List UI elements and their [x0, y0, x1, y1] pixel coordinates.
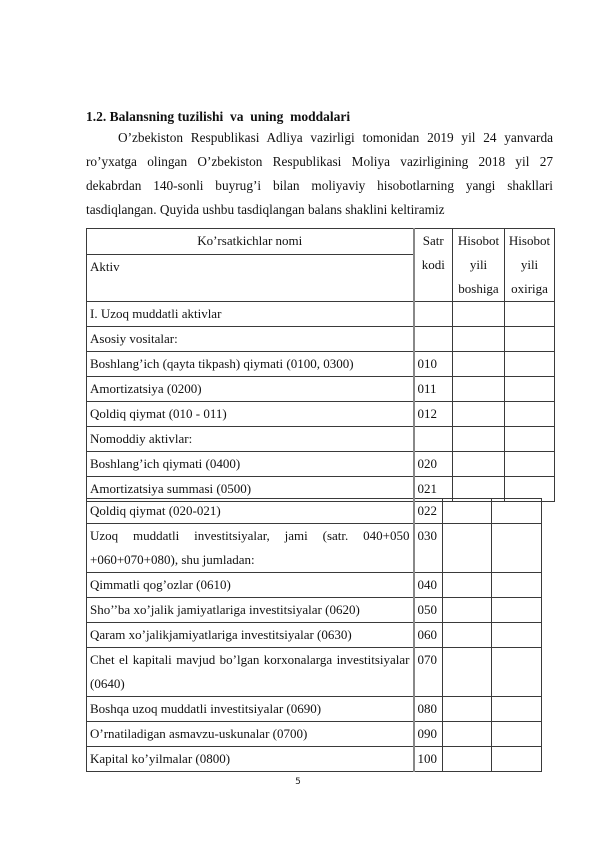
- header-section: Aktiv: [87, 255, 414, 302]
- paragraph-text: O’zbekiston Respublikasi Adliya vazirlig…: [86, 126, 553, 222]
- row-end-value: [492, 697, 542, 722]
- row-code: 060: [414, 623, 443, 648]
- row-name: Kapital ko’yilmalar (0800): [87, 747, 414, 772]
- row-start-value: [453, 377, 505, 402]
- row-name: Boshlang’ich qiymati (0400): [87, 452, 414, 477]
- row-start-value: [443, 598, 492, 623]
- table-row: Qoldiq qiymat (020-021)022: [87, 499, 542, 524]
- row-name: Amortizatsiya (0200): [87, 377, 414, 402]
- row-name: Qimmatli qog’ozlar (0610): [87, 573, 414, 598]
- row-name: Chet el kapitali mavjud bo’lgan korxonal…: [87, 648, 414, 697]
- page-number: 5: [0, 777, 596, 787]
- row-name: I. Uzoq muddatli aktivlar: [87, 302, 414, 327]
- row-start-value: [453, 352, 505, 377]
- row-code: 070: [414, 648, 443, 697]
- row-code: 050: [414, 598, 443, 623]
- section-heading: 1.2. Balansning tuzilishi va uning modda…: [86, 109, 350, 125]
- row-start-value: [453, 427, 505, 452]
- table-row: Qaram xo’jalikjamiyatlariga investitsiya…: [87, 623, 542, 648]
- row-code: 090: [414, 722, 443, 747]
- balance-table-part2: Qoldiq qiymat (020-021)022Uzoq muddatli …: [86, 498, 542, 772]
- row-start-value: [443, 524, 492, 573]
- row-start-value: [443, 697, 492, 722]
- row-start-value: [443, 623, 492, 648]
- header-code-col: Satr kodi: [414, 229, 453, 302]
- table-row: Amortizatsiya (0200)011: [87, 377, 555, 402]
- row-code: 030: [414, 524, 443, 573]
- row-end-value: [492, 722, 542, 747]
- row-name: Sho’’ba xo’jalik jamiyatlariga investits…: [87, 598, 414, 623]
- table-row: Nomoddiy aktivlar:: [87, 427, 555, 452]
- table-row: Uzoq muddatli investitsiyalar, jami (sat…: [87, 524, 542, 573]
- table-row: Qoldiq qiymat (010 - 011)012: [87, 402, 555, 427]
- row-name: Nomoddiy aktivlar:: [87, 427, 414, 452]
- row-start-value: [453, 452, 505, 477]
- row-code: [414, 427, 453, 452]
- row-name: Boshlang’ich (qayta tikpash) qiymati (01…: [87, 352, 414, 377]
- table-row: Chet el kapitali mavjud bo’lgan korxonal…: [87, 648, 542, 697]
- table-row: Boshlang’ich (qayta tikpash) qiymati (01…: [87, 352, 555, 377]
- row-start-value: [443, 722, 492, 747]
- row-code: 010: [414, 352, 453, 377]
- table-header-row: Ko’rsatkichlar nomi Satr kodi Hisobot yi…: [87, 229, 555, 255]
- row-end-value: [492, 648, 542, 697]
- table-row: O’rnatiladigan asmavzu-uskunalar (0700)0…: [87, 722, 542, 747]
- row-start-value: [453, 402, 505, 427]
- header-start-col: Hisobot yili boshiga: [453, 229, 505, 302]
- row-code: 012: [414, 402, 453, 427]
- row-code: 100: [414, 747, 443, 772]
- row-end-value: [505, 352, 555, 377]
- row-code: 022: [414, 499, 443, 524]
- row-code: 011: [414, 377, 453, 402]
- row-end-value: [505, 452, 555, 477]
- row-code: 040: [414, 573, 443, 598]
- row-code: [414, 302, 453, 327]
- row-end-value: [505, 327, 555, 352]
- row-name: Qoldiq qiymat (010 - 011): [87, 402, 414, 427]
- row-code: 080: [414, 697, 443, 722]
- balance-table-part1: Ko’rsatkichlar nomi Satr kodi Hisobot yi…: [86, 228, 555, 502]
- row-name: Boshqa uzoq muddatli investitsiyalar (06…: [87, 697, 414, 722]
- header-end-col: Hisobot yili oxiriga: [505, 229, 555, 302]
- intro-paragraph: O’zbekiston Respublikasi Adliya vazirlig…: [86, 126, 553, 222]
- row-end-value: [505, 427, 555, 452]
- row-start-value: [443, 648, 492, 697]
- row-start-value: [443, 499, 492, 524]
- row-name: Qoldiq qiymat (020-021): [87, 499, 414, 524]
- row-end-value: [492, 747, 542, 772]
- row-end-value: [492, 573, 542, 598]
- table-row: Asosiy vositalar:: [87, 327, 555, 352]
- row-end-value: [492, 623, 542, 648]
- row-end-value: [505, 402, 555, 427]
- header-name-col: Ko’rsatkichlar nomi: [87, 229, 414, 255]
- table-row: Boshqa uzoq muddatli investitsiyalar (06…: [87, 697, 542, 722]
- row-start-value: [453, 302, 505, 327]
- table-row: Qimmatli qog’ozlar (0610)040: [87, 573, 542, 598]
- row-end-value: [492, 598, 542, 623]
- row-end-value: [505, 377, 555, 402]
- row-start-value: [443, 747, 492, 772]
- row-start-value: [443, 573, 492, 598]
- row-end-value: [492, 524, 542, 573]
- table-row: I. Uzoq muddatli aktivlar: [87, 302, 555, 327]
- row-name: O’rnatiladigan asmavzu-uskunalar (0700): [87, 722, 414, 747]
- row-code: [414, 327, 453, 352]
- row-code: 020: [414, 452, 453, 477]
- table-row: Sho’’ba xo’jalik jamiyatlariga investits…: [87, 598, 542, 623]
- row-start-value: [453, 327, 505, 352]
- table-row: Boshlang’ich qiymati (0400)020: [87, 452, 555, 477]
- row-name: Asosiy vositalar:: [87, 327, 414, 352]
- row-end-value: [492, 499, 542, 524]
- row-name: Qaram xo’jalikjamiyatlariga investitsiya…: [87, 623, 414, 648]
- row-name: Uzoq muddatli investitsiyalar, jami (sat…: [87, 524, 414, 573]
- row-end-value: [505, 302, 555, 327]
- table-row: Kapital ko’yilmalar (0800)100: [87, 747, 542, 772]
